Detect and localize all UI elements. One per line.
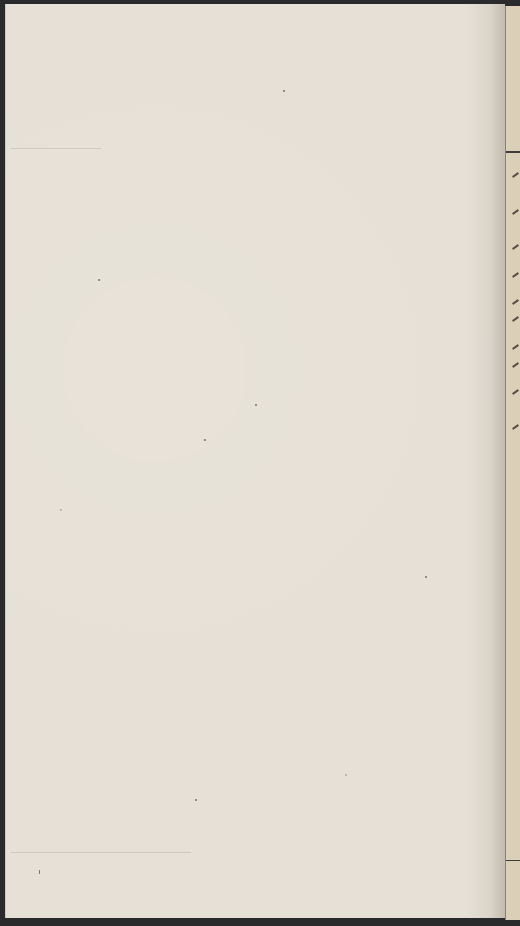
faint-offset-line (11, 852, 191, 853)
scan-viewport: blank (0, 0, 520, 926)
faint-offset-line (11, 148, 101, 149)
paper-speck (425, 576, 427, 578)
paper-speck (195, 799, 197, 801)
handwriting-fragment (512, 316, 519, 322)
paper-speck (345, 774, 347, 776)
handwriting-fragment (512, 272, 519, 278)
facing-page-rule (506, 860, 520, 861)
handwriting-fragment (512, 209, 519, 215)
handwriting-fragment (512, 424, 519, 430)
handwriting-fragment (512, 362, 519, 368)
blank-page: blank (5, 4, 505, 918)
paper-speck (60, 509, 62, 511)
paper-speck (204, 439, 206, 441)
facing-page-edge (505, 6, 520, 920)
facing-page-rule (506, 151, 520, 153)
paper-speck (39, 870, 40, 874)
handwriting-fragment (512, 299, 519, 305)
handwriting-fragment (512, 344, 519, 350)
paper-speck (98, 279, 100, 281)
handwriting-fragment (512, 389, 519, 395)
paper-speck (255, 404, 257, 406)
handwriting-fragment (512, 172, 519, 178)
paper-speck (283, 90, 285, 92)
handwriting-fragment (512, 244, 519, 250)
